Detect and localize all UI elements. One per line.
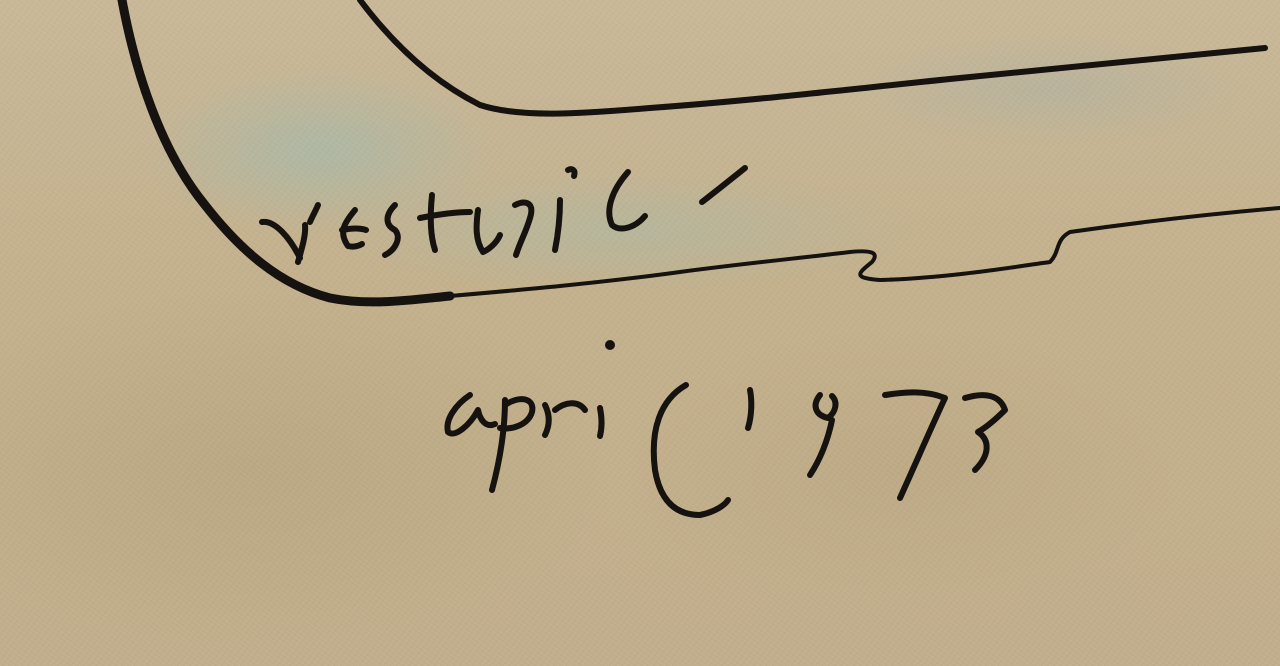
ink-drawing xyxy=(0,0,1280,666)
upper-curve-line xyxy=(360,0,1265,114)
date-strokes xyxy=(447,340,1005,515)
signature-strokes xyxy=(262,168,745,262)
paper-background: westzil. april 1973 xyxy=(0,0,1280,666)
underline-stroke xyxy=(450,208,1280,296)
